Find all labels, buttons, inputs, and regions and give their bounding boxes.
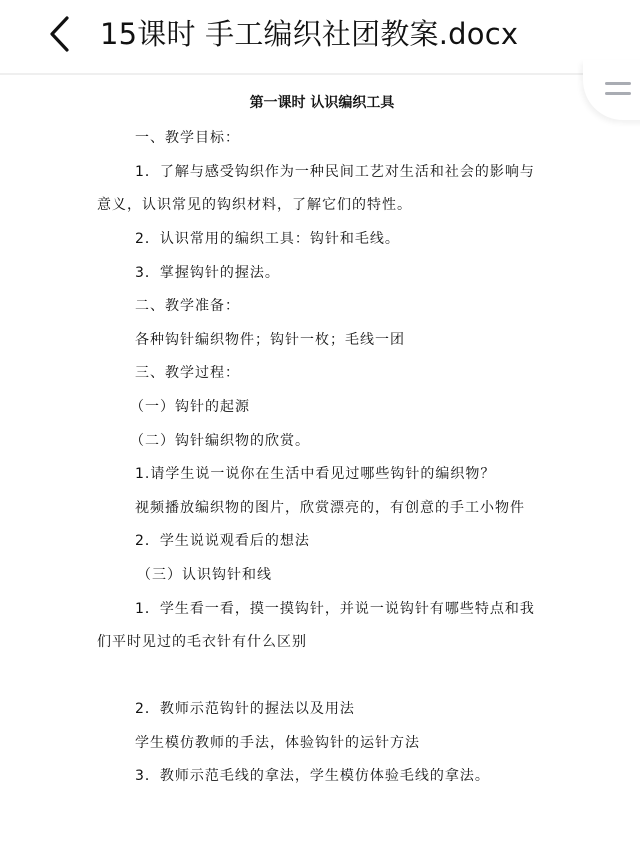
paragraph-line: 2．认识常用的编织工具：钩针和毛线。 [135, 229, 400, 249]
paragraph-line: 1．学生看一看，摸一摸钩针，并说一说钩针有哪些特点和我 [135, 599, 535, 619]
paragraph-line: 学生模仿教师的手法，体验钩针的运针方法 [135, 733, 420, 753]
top-app-bar: 15课时 手工编织社团教案.docx [0, 0, 640, 75]
paragraph-line: 2．学生说说观看后的想法 [135, 531, 310, 551]
paragraph-line: 各种钩针编织物件；钩针一枚；毛线一团 [135, 330, 405, 350]
paragraph-line: 2．教师示范钩针的握法以及用法 [135, 699, 355, 719]
back-button[interactable] [44, 14, 74, 54]
document-filename-title: 15课时 手工编织社团教案.docx [100, 12, 518, 56]
section-heading-process: 三、教学过程： [135, 363, 240, 383]
paragraph-line: 意义，认识常见的钩织材料，了解它们的特性。 [97, 195, 412, 215]
subsection-heading: （二）钩针编织物的欣赏。 [130, 431, 310, 451]
menu-icon [605, 82, 631, 85]
document-viewer[interactable]: 第一课时 认识编织工具 一、教学目标： 1．了解与感受钩织作为一种民间工艺对生活… [0, 77, 640, 865]
section-heading-preparation: 二、教学准备： [135, 296, 240, 316]
section-heading-objectives: 一、教学目标： [135, 128, 240, 148]
subsection-heading: （一）钩针的起源 [130, 397, 250, 417]
document-heading: 第一课时 认识编织工具 [0, 93, 640, 113]
paragraph-line: 3．掌握钩针的握法。 [135, 263, 280, 283]
paragraph-line: 3．教师示范毛线的拿法，学生模仿体验毛线的拿法。 [135, 766, 490, 786]
subsection-heading: （三）认识钩针和线 [137, 565, 272, 585]
paragraph-line: 1．了解与感受钩织作为一种民间工艺对生活和社会的影响与 [135, 162, 535, 182]
paragraph-line: 视频播放编织物的图片，欣赏漂亮的，有创意的手工小物件 [135, 498, 525, 518]
menu-icon-bar [605, 92, 631, 95]
chevron-left-icon [47, 14, 71, 54]
paragraph-line: 们平时见过的毛衣针有什么区别 [97, 632, 307, 652]
paragraph-line: 1.请学生说一说你在生活中看见过哪些钩针的编织物？ [135, 464, 495, 484]
